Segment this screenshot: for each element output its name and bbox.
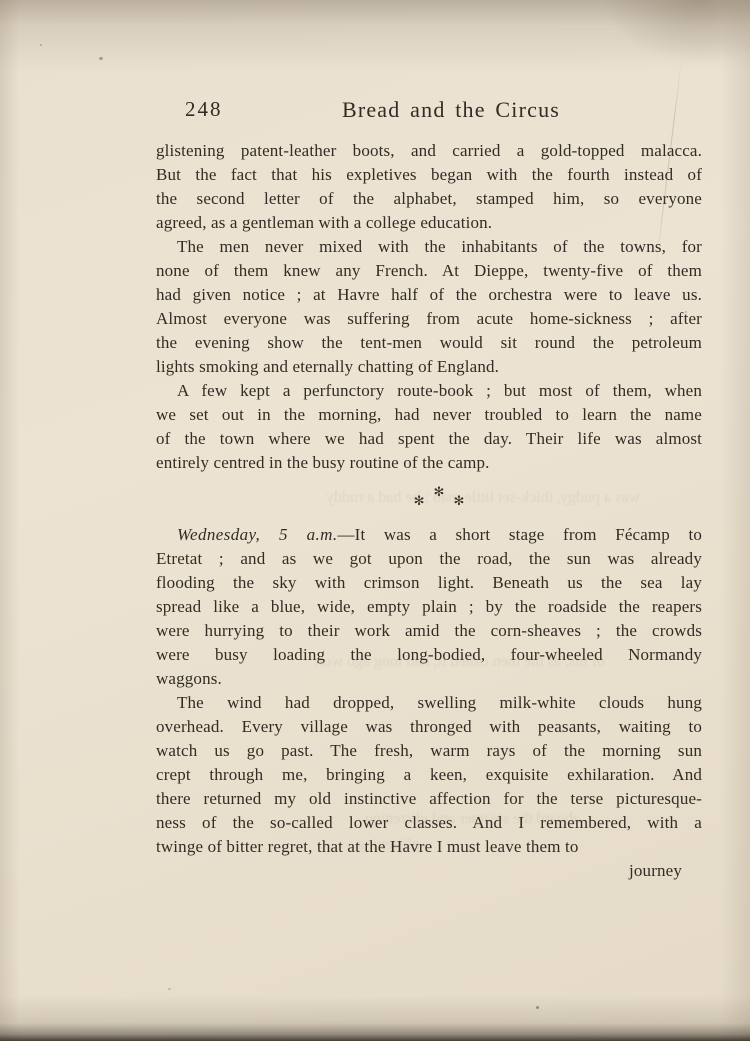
dateline-italic: Wednesday, 5 a.m. (177, 525, 338, 544)
text-line: none of them knew any French. At Dieppe,… (156, 259, 702, 283)
text-line: But the fact that his expletives began w… (156, 163, 702, 187)
text-line: watch us go past. The fresh, warm rays o… (156, 739, 702, 763)
paper-speck (685, 311, 687, 313)
running-title: Bread and the Circus (342, 97, 560, 123)
text-line: A few kept a perfunctory route-book ; bu… (156, 379, 702, 403)
text-line: spread like a blue, wide, empty plain ; … (156, 595, 702, 619)
text-line: were hurrying to their work amid the cor… (156, 619, 702, 643)
paper-speck (99, 57, 103, 60)
text-line: of the town where we had spent the day. … (156, 427, 702, 451)
text-line: entirely centred in the busy routine of … (156, 451, 702, 475)
text-line: Etretat ; and as we got upon the road, t… (156, 547, 702, 571)
paper-speck (40, 44, 42, 46)
paragraph: Wednesday, 5 a.m.—It was a short stage f… (156, 523, 702, 691)
text-line: we set out in the morning, had never tro… (156, 403, 702, 427)
text-line: Wednesday, 5 a.m.—It was a short stage f… (156, 523, 702, 547)
asterisk-icon: ✻ (414, 489, 425, 513)
page-header: 248 Bread and the Circus (156, 97, 702, 127)
asterisk-icon: ✻ (453, 489, 464, 513)
text-line: there returned my old instinctive affect… (156, 787, 702, 811)
page-number: 248 (185, 97, 223, 122)
text-line: agreed, as a gentleman with a college ed… (156, 211, 702, 235)
text-line: ness of the so-called lower classes. And… (156, 811, 702, 835)
paragraph: The wind had dropped, swelling milk-whit… (156, 691, 702, 859)
text-line: flooding the sky with crimson light. Ben… (156, 571, 702, 595)
paragraph: The men never mixed with the inhabitants… (156, 235, 702, 379)
text-line: crept through me, bringing a keen, exqui… (156, 763, 702, 787)
paragraph: glistening patent-leather boots, and car… (156, 139, 702, 235)
text-line: had given notice ; at Havre half of the … (156, 283, 702, 307)
text-line: glistening patent-leather boots, and car… (156, 139, 702, 163)
paper-speck (168, 988, 171, 990)
paper-speck (536, 1006, 539, 1009)
text-line: lights smoking and eternally chatting of… (156, 355, 702, 379)
book-page: 248 Bread and the Circus glistening pate… (0, 0, 750, 1041)
text-line: the second letter of the alphabet, stamp… (156, 187, 702, 211)
paragraph: A few kept a perfunctory route-book ; bu… (156, 379, 702, 475)
text-line: overhead. Every village was thronged wit… (156, 715, 702, 739)
section-break: ✻✻✻ (156, 475, 702, 523)
text-line: were busy loading the long-bodied, four-… (156, 643, 702, 667)
catchword: journey (156, 859, 702, 883)
text-line: the evening show the tent-men would sit … (156, 331, 702, 355)
text-line: Almost everyone was suffering from acute… (156, 307, 702, 331)
text-line: The wind had dropped, swelling milk-whit… (156, 691, 702, 715)
asterisk-icon: ✻ (434, 480, 445, 504)
text-block: glistening patent-leather boots, and car… (156, 139, 702, 883)
text-line: The men never mixed with the inhabitants… (156, 235, 702, 259)
text-line: waggons. (156, 667, 702, 691)
text-line: twinge of bitter regret, that at the Hav… (156, 835, 702, 859)
